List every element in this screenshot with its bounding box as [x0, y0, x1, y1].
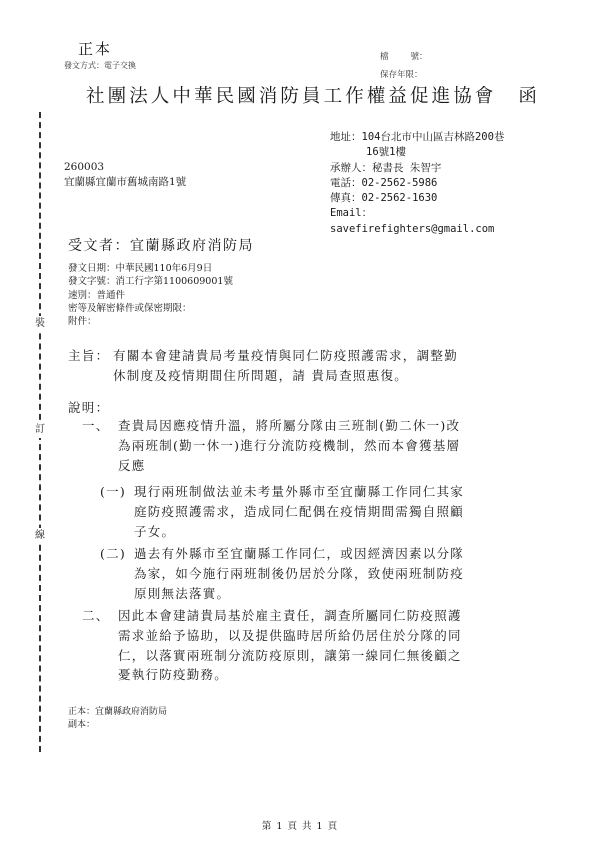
subitem-line: 為家，如今施行兩班制後仍居於分隊，致使兩班制防疫: [134, 564, 464, 584]
binding-label-ding: 訂: [33, 422, 47, 438]
subitem-line: 現行兩班制做法並未考量外縣市至宜蘭縣工作同仁其家: [134, 482, 464, 502]
subitem-number: (二): [100, 544, 126, 564]
file-number-field: 檔號：: [380, 50, 428, 62]
subitem-line: 子女。: [134, 522, 464, 542]
attachments: 附件：: [68, 315, 233, 328]
document-kind: 函: [518, 86, 540, 107]
explanation-subitem-1: (一) 現行兩班制做法並未考量外縣市至宜蘭縣工作同仁其家 庭防疫照護需求，造成同…: [100, 482, 464, 541]
subject-line-1: 有關本會建請貴局考量疫情與同仁防疫照護需求，調整勤: [113, 348, 458, 363]
organization-name: 社團法人中華民國消防員工作權益促進協會: [86, 86, 496, 107]
sender-contact-block: 地址：104台北市中山區吉林路200巷 16號1樓 承辦人：秘書長 朱智宇 電話…: [330, 130, 504, 237]
binding-label-zhuang: 裝: [33, 316, 47, 332]
subitem-line: 庭防疫照護需求，造成同仁配偶在疫情期間需獨自照顧: [134, 502, 464, 522]
phone: 電話：02-2562-5986: [330, 176, 504, 191]
document-number: 發文字號：消工行字第1100609001號: [68, 275, 233, 288]
file-number-label: 檔: [380, 52, 389, 62]
send-method: 發文方式：電子交換: [64, 60, 136, 71]
email-label: Email：: [330, 206, 504, 221]
address-line2: 16號1樓: [330, 145, 504, 160]
issue-date: 發文日期：中華民國110年6月9日: [68, 262, 233, 275]
explanation-item-1: 一、 查貴局因應疫情升溫，將所屬分隊由三班制(勤二休一)改 為兩班制(勤一休一)…: [82, 416, 460, 475]
subject-line-2: 休制度及疫情期間住所問題，請 貴局查照惠復。: [68, 366, 458, 386]
subitem-line: 過去有外縣市至宜蘭縣工作同仁，或因經濟因素以分隊: [134, 544, 464, 564]
item-line: 因此本會建請貴局基於雇主責任，調查所屬同仁防疫照護: [118, 606, 462, 626]
address-line1: 104台北市中山區吉林路200巷: [362, 131, 505, 143]
subject-label: 主旨：: [68, 346, 113, 366]
recipient: 受文者：宜蘭縣政府消防局: [68, 235, 254, 255]
retention-period-field: 保存年限：: [380, 68, 423, 80]
item-number: 二、: [82, 606, 110, 626]
handler: 承辦人：秘書長 朱智宇: [330, 161, 504, 176]
speed-class: 速別：普通件: [68, 289, 233, 302]
item-line: 需求並給予協助，以及提供臨時居所給仍居住於分隊的同: [118, 626, 462, 646]
postal-code: 260003: [64, 160, 186, 175]
item-number: 一、: [82, 416, 110, 436]
copy-recipients: 副本：: [68, 719, 167, 732]
recipient-postal-block: 260003 宜蘭縣宜蘭市舊城南路1號: [64, 160, 186, 190]
item-line: 反應: [118, 456, 460, 476]
document-meta: 發文日期：中華民國110年6月9日 發文字號：消工行字第1100609001號 …: [68, 262, 233, 328]
recipient-street-address: 宜蘭縣宜蘭市舊城南路1號: [64, 175, 186, 190]
item-line: 仁，以落實兩班制分流防疫原則，讓第一線同仁無後顧之: [118, 646, 462, 666]
page-indicator: 第 1 頁 共 1 頁: [0, 818, 600, 832]
subitem-number: (一): [100, 482, 126, 502]
file-number-label-suffix: 號：: [411, 52, 428, 62]
distribution-block: 正本：宜蘭縣政府消防局 副本：: [68, 706, 167, 732]
explanation-subitem-2: (二) 過去有外縣市至宜蘭縣工作同仁，或因經濟因素以分隊 為家，如今施行兩班制後…: [100, 544, 464, 603]
item-line: 為兩班制(勤一休一)進行分流防疫機制，然而本會獲基層: [118, 436, 460, 456]
explanation-item-2: 二、 因此本會建請貴局基於雇主責任，調查所屬同仁防疫照護 需求並給予協助，以及提…: [82, 606, 462, 685]
document-title: 社團法人中華民國消防員工作權益促進協會函: [86, 82, 540, 108]
binding-label-xian: 線: [33, 528, 47, 544]
sender-address: 地址：104台北市中山區吉林路200巷: [330, 130, 504, 145]
email-address: savefirefighters@gmail.com: [330, 222, 504, 237]
fax: 傳真：02-2562-1630: [330, 191, 504, 206]
subject-block: 主旨：有關本會建請貴局考量疫情與同仁防疫照護需求，調整勤 休制度及疫情期間住所問…: [68, 346, 458, 386]
classification: 密等及解密條件或保密期限：: [68, 302, 233, 315]
explanation-label: 說明：: [68, 398, 109, 416]
item-line: 查貴局因應疫情升溫，將所屬分隊由三班制(勤二休一)改: [118, 416, 460, 436]
address-label: 地址：: [330, 131, 362, 143]
item-line: 憂執行防疫勤務。: [118, 665, 462, 685]
subitem-line: 原則無法落實。: [134, 584, 464, 604]
original-recipient: 正本：宜蘭縣政府消防局: [68, 706, 167, 719]
copy-type-label: 正本: [78, 38, 112, 59]
